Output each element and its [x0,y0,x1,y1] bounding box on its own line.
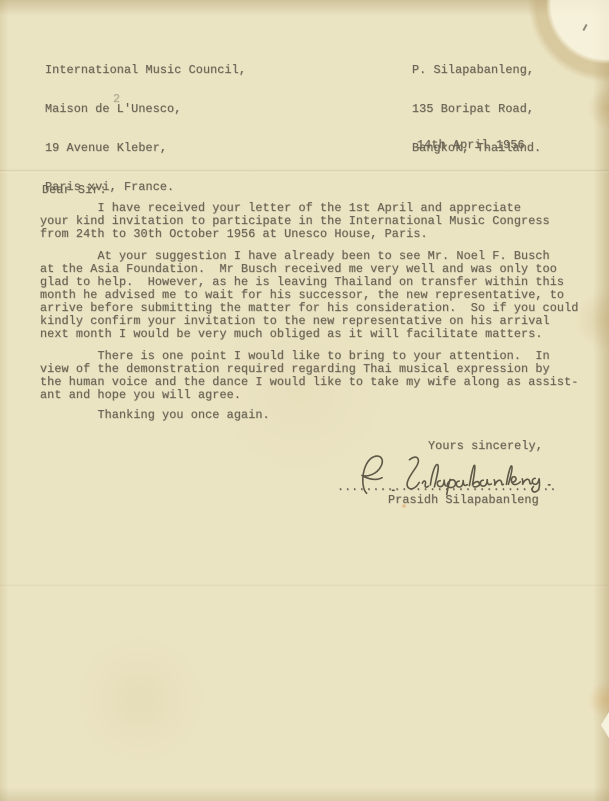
recipient-line: International Music Council, [45,64,246,77]
paragraph-2: At your suggestion I have already been t… [40,250,600,341]
paragraph-3: There is one point I would like to bring… [40,350,600,402]
fold-crease-bottom [0,584,609,588]
sender-line: 135 Boripat Road, [412,103,541,116]
sender-address-block: P. Silapabanleng, 135 Boripat Road, Bang… [412,38,541,181]
page-number-mark: 2 [113,93,120,106]
recipient-line: 19 Avenue Kleber, [45,142,246,155]
recipient-line: Maison de L'Unesco, [45,103,246,116]
letter-date: 14th April 1956 [417,139,525,152]
pen-tick-mark [582,24,587,31]
paragraph-1: I have received your letter of the 1st A… [40,202,595,241]
sender-line: P. Silapabanleng, [412,64,541,77]
salutation: Dear Sir: [42,184,107,197]
paper-tear-notch [600,712,609,738]
letter-page: International Music Council, Maison de L… [0,0,609,801]
typed-signatory-name: Prasidh Silapabanleng [388,494,539,507]
paragraph-thanks: Thanking you once again. [40,409,440,422]
